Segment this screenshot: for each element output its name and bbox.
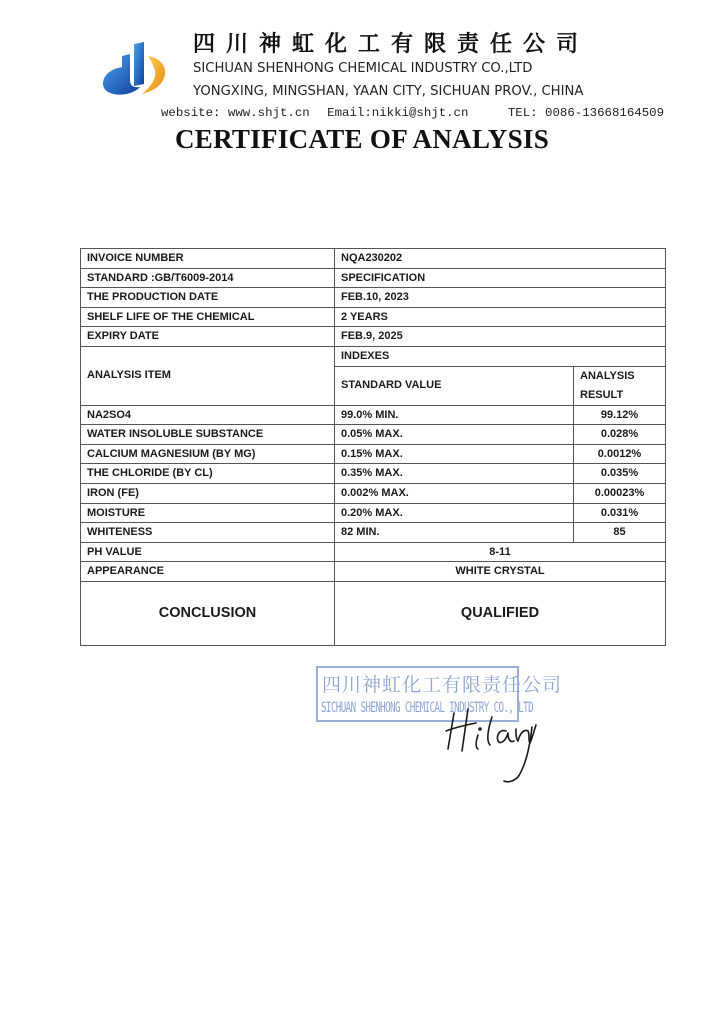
info-row: STANDARD :GB/T6009-2014 SPECIFICATION xyxy=(81,268,666,288)
standard-value: 0.15% MAX. xyxy=(335,444,574,464)
table-row: CALCIUM MAGNESIUM (BY MG) 0.15% MAX. 0.0… xyxy=(81,444,666,464)
analysis-result-header-line1: ANALYSIS xyxy=(580,367,659,386)
standard-value-header: STANDARD VALUE xyxy=(335,366,574,405)
analysis-result: 0.028% xyxy=(574,425,666,445)
analysis-result: 0.0012% xyxy=(574,444,666,464)
info-label: THE PRODUCTION DATE xyxy=(81,288,335,308)
standard-value: 82 MIN. xyxy=(335,523,574,543)
signature-icon xyxy=(440,705,540,785)
info-value: FEB.9, 2025 xyxy=(335,327,666,347)
company-name-chinese: 四川神虹化工有限责任公司 xyxy=(193,27,589,58)
analysis-item: THE CHLORIDE (BY CL) xyxy=(81,464,335,484)
analysis-result-header-line2: RESULT xyxy=(580,386,659,405)
analysis-item: WHITENESS xyxy=(81,523,335,543)
analysis-header-row: ANALYSIS ITEM INDEXES xyxy=(81,346,666,366)
analysis-item: WATER INSOLUBLE SUBSTANCE xyxy=(81,425,335,445)
table-row: THE CHLORIDE (BY CL) 0.35% MAX. 0.035% xyxy=(81,464,666,484)
info-value: NQA230202 xyxy=(335,249,666,269)
info-value: 2 YEARS xyxy=(335,307,666,327)
standard-value: 0.20% MAX. xyxy=(335,503,574,523)
analysis-result: 0.035% xyxy=(574,464,666,484)
indexes-header: INDEXES xyxy=(335,346,666,366)
info-row: INVOICE NUMBER NQA230202 xyxy=(81,249,666,269)
merged-value: WHITE CRYSTAL xyxy=(335,562,666,582)
company-logo-icon xyxy=(100,40,170,102)
conclusion-row: CONCLUSION QUALIFIED xyxy=(81,581,666,645)
info-value: SPECIFICATION xyxy=(335,268,666,288)
contact-line: website: www.shjt.cn Email:nikki@shjt.cn… xyxy=(161,106,664,120)
table-row: WHITENESS 82 MIN. 85 xyxy=(81,523,666,543)
website-link[interactable]: website: www.shjt.cn xyxy=(161,106,310,120)
info-row: SHELF LIFE OF THE CHEMICAL 2 YEARS xyxy=(81,307,666,327)
analysis-item: MOISTURE xyxy=(81,503,335,523)
telephone: TEL: 0086-13668164509 xyxy=(508,106,664,120)
analysis-result: 85 xyxy=(574,523,666,543)
info-label: INVOICE NUMBER xyxy=(81,249,335,269)
analysis-item: CALCIUM MAGNESIUM (BY MG) xyxy=(81,444,335,464)
info-label: SHELF LIFE OF THE CHEMICAL xyxy=(81,307,335,327)
merged-value: 8-11 xyxy=(335,542,666,562)
info-label: EXPIRY DATE xyxy=(81,327,335,347)
analysis-item-header: ANALYSIS ITEM xyxy=(81,346,335,405)
table-row: IRON (FE) 0.002% MAX. 0.00023% xyxy=(81,483,666,503)
conclusion-label: CONCLUSION xyxy=(81,581,335,645)
standard-value: 0.35% MAX. xyxy=(335,464,574,484)
info-row: EXPIRY DATE FEB.9, 2025 xyxy=(81,327,666,347)
table-row: MOISTURE 0.20% MAX. 0.031% xyxy=(81,503,666,523)
standard-value: 99.0% MIN. xyxy=(335,405,574,425)
stamp-text-chinese: 四川神虹化工有限责任公司 xyxy=(322,670,562,697)
info-label: STANDARD :GB/T6009-2014 xyxy=(81,268,335,288)
analysis-result: 0.00023% xyxy=(574,483,666,503)
table-row: WATER INSOLUBLE SUBSTANCE 0.05% MAX. 0.0… xyxy=(81,425,666,445)
analysis-result: 0.031% xyxy=(574,503,666,523)
analysis-item: PH VALUE xyxy=(81,542,335,562)
table-row: APPEARANCE WHITE CRYSTAL xyxy=(81,562,666,582)
standard-value: 0.05% MAX. xyxy=(335,425,574,445)
analysis-item: APPEARANCE xyxy=(81,562,335,582)
analysis-table: INVOICE NUMBER NQA230202 STANDARD :GB/T6… xyxy=(80,248,666,646)
conclusion-value: QUALIFIED xyxy=(335,581,666,645)
email-link[interactable]: Email:nikki@shjt.cn xyxy=(327,106,468,120)
info-value: FEB.10, 2023 xyxy=(335,288,666,308)
company-name-english: SICHUAN SHENHONG CHEMICAL INDUSTRY CO.,L… xyxy=(193,61,532,76)
table-row: PH VALUE 8-11 xyxy=(81,542,666,562)
table-row: NA2SO4 99.0% MIN. 99.12% xyxy=(81,405,666,425)
document-title: CERTIFICATE OF ANALYSIS xyxy=(0,124,724,155)
standard-value: 0.002% MAX. xyxy=(335,483,574,503)
company-address: YONGXING, MINGSHAN, YAAN CITY, SICHUAN P… xyxy=(193,84,583,99)
analysis-result: 99.12% xyxy=(574,405,666,425)
analysis-item: NA2SO4 xyxy=(81,405,335,425)
analysis-result-header: ANALYSIS RESULT xyxy=(574,366,666,405)
info-row: THE PRODUCTION DATE FEB.10, 2023 xyxy=(81,288,666,308)
analysis-item: IRON (FE) xyxy=(81,483,335,503)
